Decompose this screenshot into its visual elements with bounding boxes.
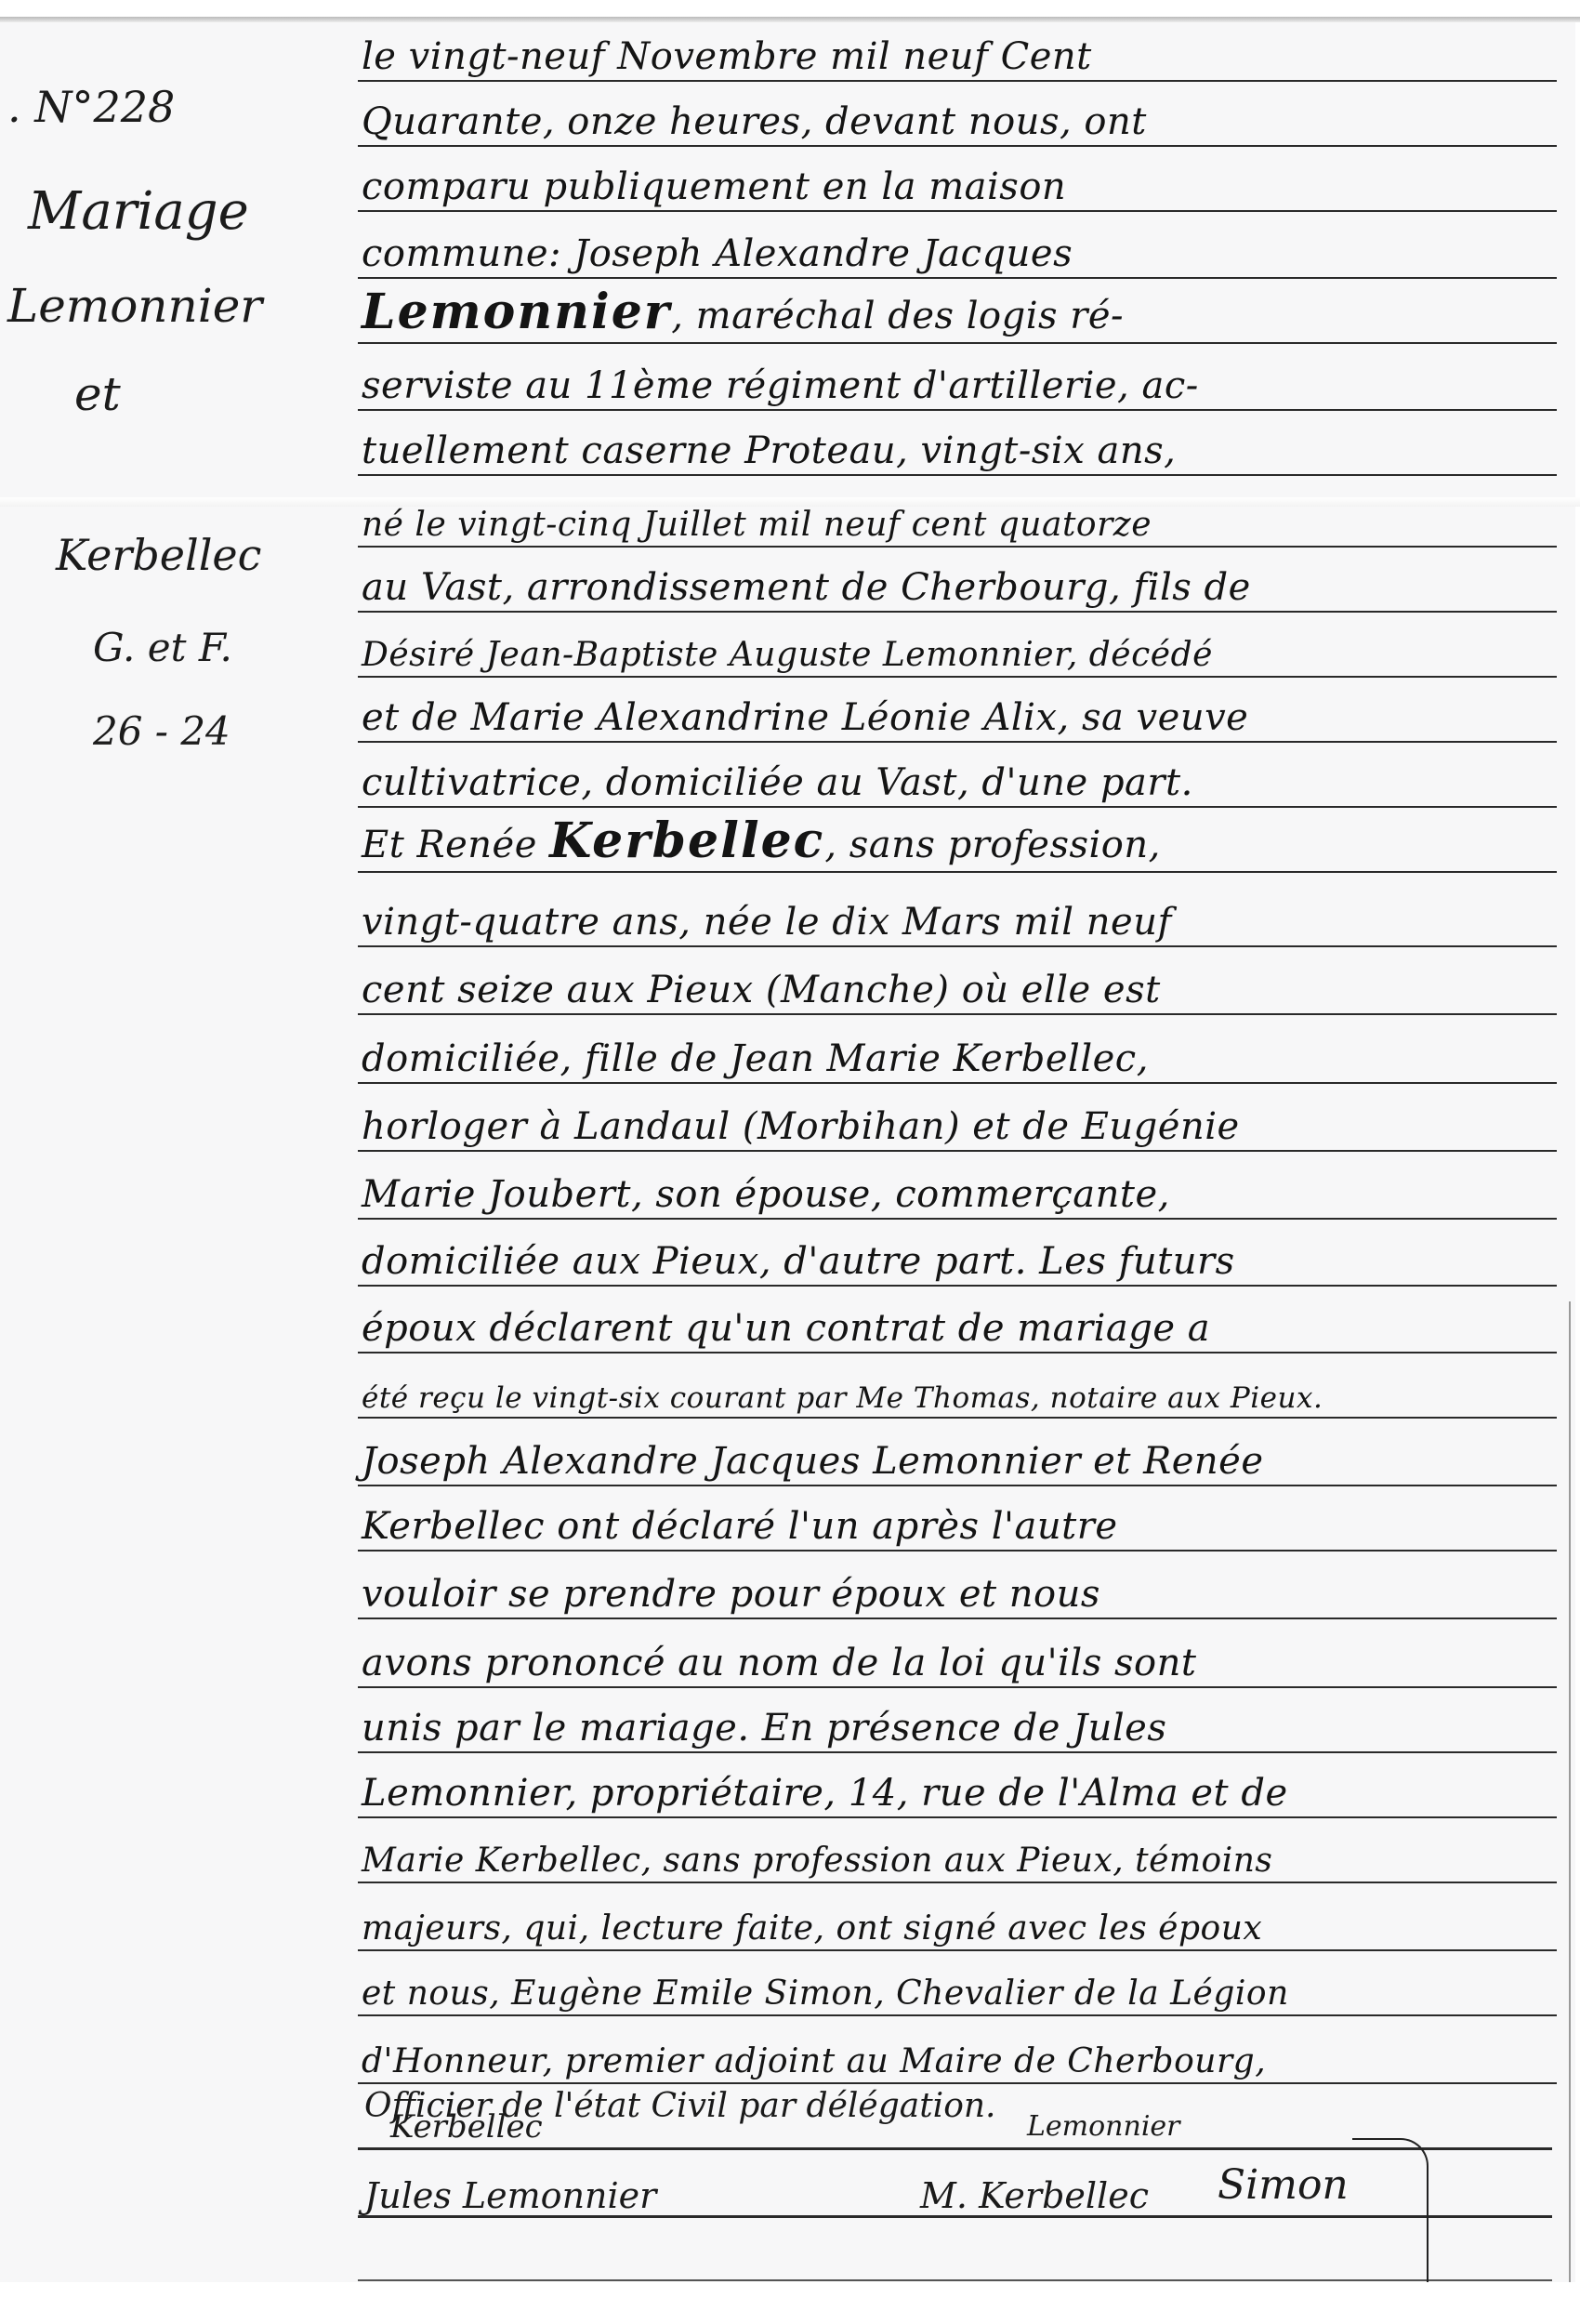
page-right-edge	[1569, 1301, 1571, 2287]
signature-m-kerbellec: M. Kerbellec	[920, 2175, 1149, 2216]
signature-paraph	[1352, 2138, 1429, 2289]
body-line-10: Désiré Jean-Baptiste Auguste Lemonnier, …	[358, 618, 1557, 678]
spouse-ages: 26 - 24	[93, 708, 230, 754]
signature-officer-simon: Simon	[1218, 2161, 1349, 2209]
signature-lemonnier-groom: Lemonnier	[1027, 2110, 1180, 2143]
body-line-21: été reçu le vingt-six courant par Me Tho…	[358, 1359, 1557, 1419]
body-line-15: cent seize aux Pieux (Manche) où elle es…	[358, 956, 1557, 1015]
body-line-28: Marie Kerbellec, sans profession aux Pie…	[358, 1824, 1557, 1883]
body-line-13: Et Renée Kerbellec, sans profession,	[358, 813, 1557, 873]
conjunction-et: et	[74, 367, 121, 421]
body-line-24: vouloir se prendre pour époux et nous	[358, 1560, 1557, 1619]
body-line-20: époux déclarent qu'un contrat de mariage…	[358, 1294, 1557, 1353]
body-line-14: vingt-quatre ans, née le dix Mars mil ne…	[358, 888, 1557, 947]
body-line-1: le vingt-neuf Novembre mil neuf Cent	[358, 22, 1557, 82]
body-line-19: domiciliée aux Pieux, d'autre part. Les …	[358, 1227, 1557, 1287]
body-line-11: et de Marie Alexandrine Léonie Alix, sa …	[358, 683, 1557, 743]
body-line-2: Quarante, onze heures, devant nous, ont	[358, 87, 1557, 147]
signature-jules-lemonnier: Jules Lemonnier	[364, 2175, 656, 2216]
body-line-27: Lemonnier, propriétaire, 14, rue de l'Al…	[358, 1759, 1557, 1818]
act-number: . N°228	[7, 82, 175, 132]
body-line-12: cultivatrice, domiciliée au Vast, d'une …	[358, 748, 1557, 808]
body-line-31: d'Honneur, premier adjoint au Maire de C…	[358, 2025, 1557, 2084]
body-line-23: Kerbellec ont déclaré l'un après l'autre	[358, 1492, 1557, 1552]
body-line-18: Marie Joubert, son épouse, commerçante,	[358, 1160, 1557, 1220]
body-line-25: avons prononcé au nom de la loi qu'ils s…	[358, 1629, 1557, 1688]
body-line-3: comparu publiquement en la maison	[358, 152, 1557, 212]
bride-surname-margin: Kerbellec	[56, 530, 261, 580]
margin-annotation: G. et F.	[93, 625, 232, 670]
body-line-16: domiciliée, fille de Jean Marie Kerbelle…	[358, 1024, 1557, 1084]
body-line-29: majeurs, qui, lecture faite, ont signé a…	[358, 1892, 1557, 1951]
body-line-7: tuellement caserne Proteau, vingt-six an…	[358, 416, 1557, 476]
body-line-9: au Vast, arrondissement de Cherbourg, fi…	[358, 553, 1557, 613]
body-line-17: horloger à Landaul (Morbihan) et de Eugé…	[358, 1092, 1557, 1152]
act-title: Mariage	[28, 181, 249, 242]
body-line-8: né le vingt-cinq Juillet mil neuf cent q…	[358, 497, 1557, 548]
page-bottom-margin	[0, 2282, 1580, 2324]
body-line-4: commune: Joseph Alexandre Jacques	[358, 219, 1557, 279]
signature-kerbellec-bride: Kerbellec	[390, 2108, 543, 2146]
body-line-26: unis par le mariage. En présence de Jule…	[358, 1694, 1557, 1753]
groom-surname-margin: Lemonnier	[7, 279, 262, 333]
bride-surname: Kerbellec	[549, 812, 824, 869]
margin-column: . N°228 Mariage Lemonnier et Kerbellec G…	[0, 0, 335, 2324]
body-line-22: Joseph Alexandre Jacques Lemonnier et Re…	[358, 1427, 1557, 1486]
body-line-6: serviste au 11ème régiment d'artillerie,…	[358, 351, 1557, 411]
body-line-30: et nous, Eugène Emile Simon, Chevalier d…	[358, 1957, 1557, 2016]
groom-surname: Lemonnier	[362, 284, 671, 340]
body-line-5: Lemonnier, maréchal des logis ré-	[358, 284, 1557, 344]
